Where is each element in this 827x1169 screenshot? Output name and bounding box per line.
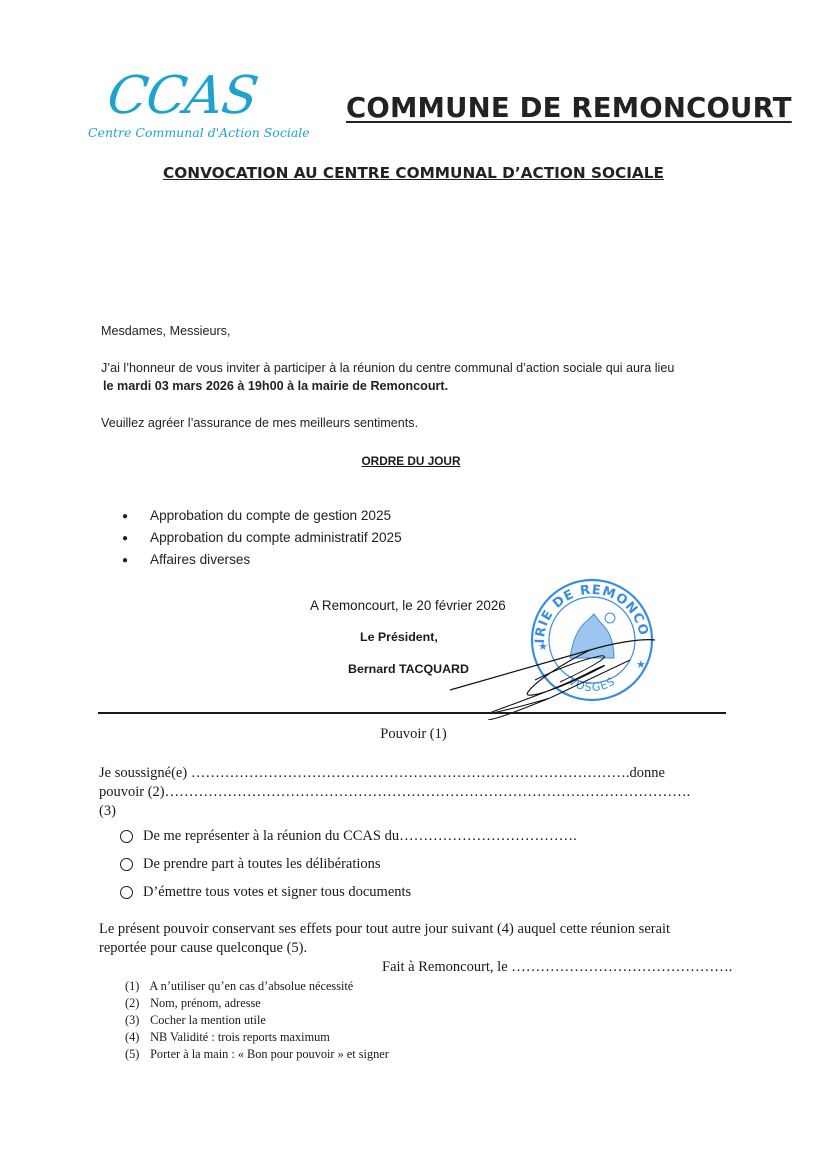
agenda-title: ORDRE DU JOUR [0,454,822,468]
proxy-option-deliberations[interactable]: De prendre part à toutes les délibératio… [120,856,381,873]
agenda-item: ●Approbation du compte de gestion 2025 [122,505,402,527]
radio-circle-icon[interactable] [120,886,133,899]
footnotes-list: (1) A n’utiliser qu’en cas d’absolue néc… [125,978,389,1063]
proxy-option-label: De prendre part à toutes les délibératio… [143,856,381,873]
proxy-validity-line-2: reportée pour cause quelconque (5). [99,940,307,957]
proxy-option-represent[interactable]: De me représenter à la réunion du CCAS d… [120,828,577,845]
commune-title: COMMUNE DE REMONCOURT [346,92,792,124]
bullet-icon: ● [122,550,150,571]
proxy-recipient-field[interactable]: ………………………………………………………………………………………………. [165,784,691,800]
proxy-option-label: De me représenter à la réunion du CCAS d… [143,828,577,845]
closing-formula: Veuillez agréer l’assurance de mes meill… [101,415,418,432]
handwritten-signature [440,620,660,720]
place-and-date: A Remoncourt, le 20 février 2026 [310,598,506,613]
agenda-item: ●Approbation du compte administratif 202… [122,527,402,549]
footnote: (3) Cocher la mention utile [125,1012,389,1029]
convocation-title: CONVOCATION AU CENTRE COMMUNAL D’ACTION … [0,164,827,182]
done-at-field[interactable]: Fait à Remoncourt, le ………………………………………. [382,959,732,976]
proxy-validity-line-1: Le présent pouvoir conservant ses effets… [99,921,670,938]
bullet-icon: ● [122,528,150,549]
proxy-line-undersigned: Je soussigné(e) ………………………………………………………………… [99,765,665,782]
bullet-icon: ● [122,506,150,527]
agenda-item: ●Affaires diverses [122,549,402,571]
ccas-logo: CCAS [104,70,260,122]
ccas-logo-subtitle: Centre Communal d'Action Sociale [88,125,310,140]
footnote: (4) NB Validité : trois reports maximum [125,1029,389,1046]
proxy-line-3: (3) [99,803,116,820]
footnote: (1) A n’utiliser qu’en cas d’absolue néc… [125,978,389,995]
footnote: (5) Porter à la main : « Bon pour pouvoi… [125,1046,389,1063]
salutation: Mesdames, Messieurs, [101,323,230,340]
footnote: (2) Nom, prénom, adresse [125,995,389,1012]
proxy-form-title: Pouvoir (1) [0,726,827,743]
invitation-line-1: J’ai l’honneur de vous inviter à partici… [101,360,674,377]
proxy-line-recipient: pouvoir (2)……………………………………………………………………………… [99,784,690,801]
proxy-option-votes[interactable]: D’émettre tous votes et signer tous docu… [120,884,411,901]
radio-circle-icon[interactable] [120,830,133,843]
agenda-list: ●Approbation du compte de gestion 2025 ●… [122,505,402,571]
meeting-date-location: le mardi 03 mars 2026 à 19h00 à la mairi… [103,378,448,395]
proxy-option-label: D’émettre tous votes et signer tous docu… [143,884,411,901]
section-divider [98,712,726,714]
undersigned-name-field[interactable]: ………………………………………………………………………………. [191,765,630,781]
president-role: Le Président, [360,630,438,644]
radio-circle-icon[interactable] [120,858,133,871]
